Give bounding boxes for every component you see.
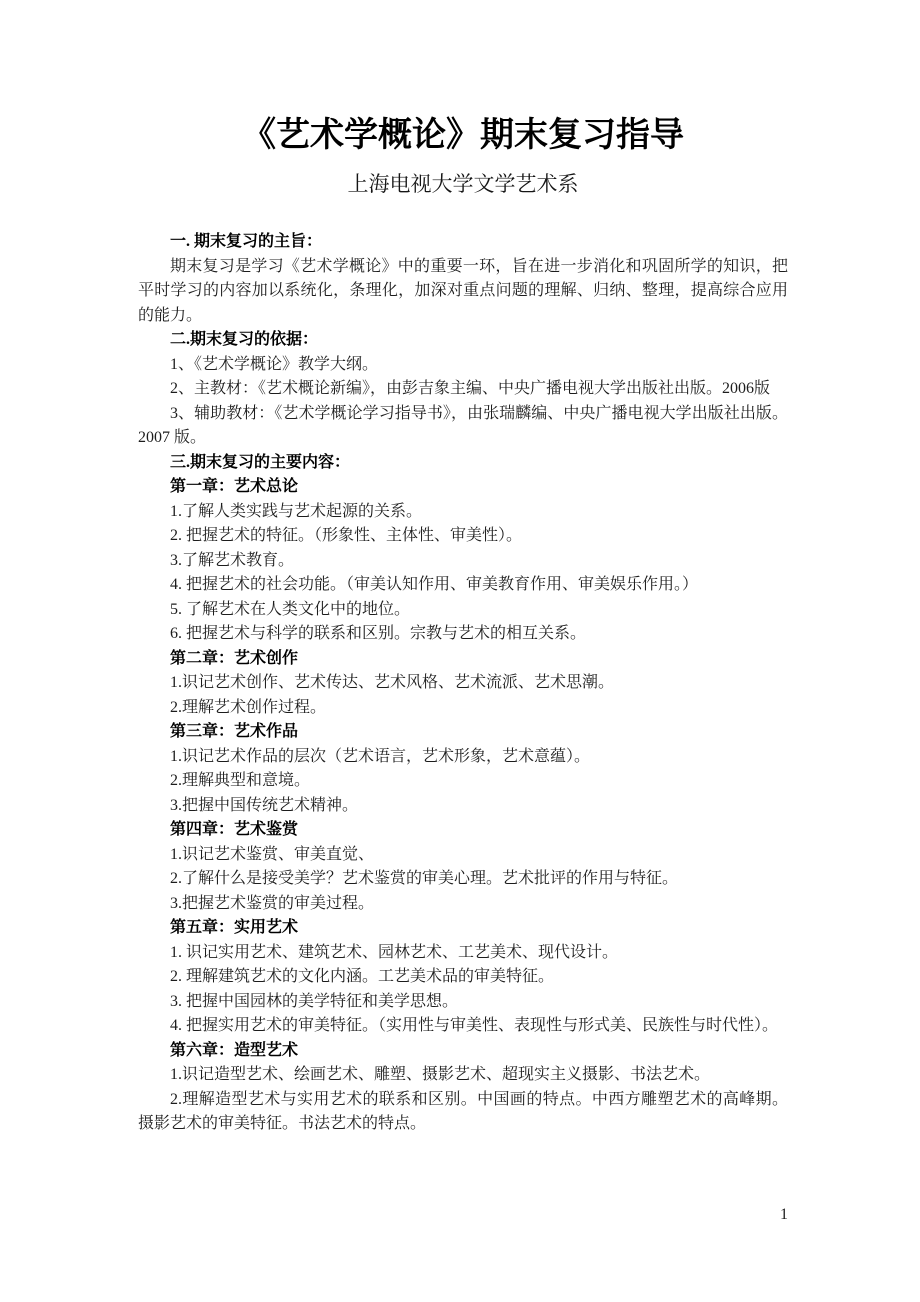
doc-paragraph: 2、主教材：《艺术概论新编》，由彭吉象主编、中央广播电视大学出版社出版。2006… — [138, 377, 788, 402]
doc-paragraph: 5. 了解艺术在人类文化中的地位。 — [138, 598, 788, 623]
doc-paragraph: 2. 把握艺术的特征。（形象性、主体性、审美性）。 — [138, 524, 788, 549]
doc-heading: 第六章：造型艺术 — [138, 1039, 788, 1064]
doc-paragraph: 1、《艺术学概论》教学大纲。 — [138, 353, 788, 378]
doc-paragraph: 期末复习是学习《艺术学概论》中的重要一环，旨在进一步消化和巩固所学的知识，把平时… — [138, 255, 788, 329]
doc-paragraph: 3.了解艺术教育。 — [138, 549, 788, 574]
doc-heading: 第一章：艺术总论 — [138, 475, 788, 500]
doc-paragraph: 1. 识记实用艺术、建筑艺术、园林艺术、工艺美术、现代设计。 — [138, 941, 788, 966]
document-subtitle: 上海电视大学文学艺术系 — [138, 169, 788, 199]
doc-heading: 三.期末复习的主要内容： — [138, 451, 788, 476]
document-page: 《艺术学概论》期末复习指导 上海电视大学文学艺术系 一. 期末复习的主旨：期末复… — [0, 0, 920, 1302]
doc-paragraph: 1.识记造型艺术、绘画艺术、雕塑、摄影艺术、超现实主义摄影、书法艺术。 — [138, 1063, 788, 1088]
doc-heading: 第三章：艺术作品 — [138, 720, 788, 745]
doc-paragraph: 3.把握中国传统艺术精神。 — [138, 794, 788, 819]
doc-paragraph: 2.理解造型艺术与实用艺术的联系和区别。中国画的特点。中西方雕塑艺术的高峰期。摄… — [138, 1088, 788, 1137]
doc-paragraph: 3、辅助教材：《艺术学概论学习指导书》，由张瑞麟编、中央广播电视大学出版社出版。… — [138, 402, 788, 451]
doc-paragraph: 2.了解什么是接受美学？艺术鉴赏的审美心理。艺术批评的作用与特征。 — [138, 867, 788, 892]
doc-paragraph: 2.理解艺术创作过程。 — [138, 696, 788, 721]
doc-paragraph: 4. 把握实用艺术的审美特征。（实用性与审美性、表现性与形式美、民族性与时代性）… — [138, 1014, 788, 1039]
doc-paragraph: 1.了解人类实践与艺术起源的关系。 — [138, 500, 788, 525]
doc-paragraph: 4. 把握艺术的社会功能。（审美认知作用、审美教育作用、审美娱乐作用。） — [138, 573, 788, 598]
doc-paragraph: 1.识记艺术作品的层次（艺术语言，艺术形象，艺术意蕴）。 — [138, 745, 788, 770]
doc-paragraph: 3. 把握中国园林的美学特征和美学思想。 — [138, 990, 788, 1015]
doc-heading: 第五章：实用艺术 — [138, 916, 788, 941]
document-content: 《艺术学概论》期末复习指导 上海电视大学文学艺术系 一. 期末复习的主旨：期末复… — [138, 113, 788, 1137]
doc-heading: 二.期末复习的依据： — [138, 328, 788, 353]
document-title: 《艺术学概论》期末复习指导 — [138, 113, 788, 159]
doc-heading: 第四章：艺术鉴赏 — [138, 818, 788, 843]
document-body: 一. 期末复习的主旨：期末复习是学习《艺术学概论》中的重要一环，旨在进一步消化和… — [138, 230, 788, 1137]
doc-heading: 一. 期末复习的主旨： — [138, 230, 788, 255]
doc-paragraph: 2.理解典型和意境。 — [138, 769, 788, 794]
doc-paragraph: 3.把握艺术鉴赏的审美过程。 — [138, 892, 788, 917]
page-number: 1 — [780, 1203, 788, 1227]
doc-heading: 第二章：艺术创作 — [138, 647, 788, 672]
doc-paragraph: 1.识记艺术创作、艺术传达、艺术风格、艺术流派、艺术思潮。 — [138, 671, 788, 696]
doc-paragraph: 6. 把握艺术与科学的联系和区别。宗教与艺术的相互关系。 — [138, 622, 788, 647]
doc-paragraph: 2. 理解建筑艺术的文化内涵。工艺美术品的审美特征。 — [138, 965, 788, 990]
doc-paragraph: 1.识记艺术鉴赏、审美直觉、 — [138, 843, 788, 868]
